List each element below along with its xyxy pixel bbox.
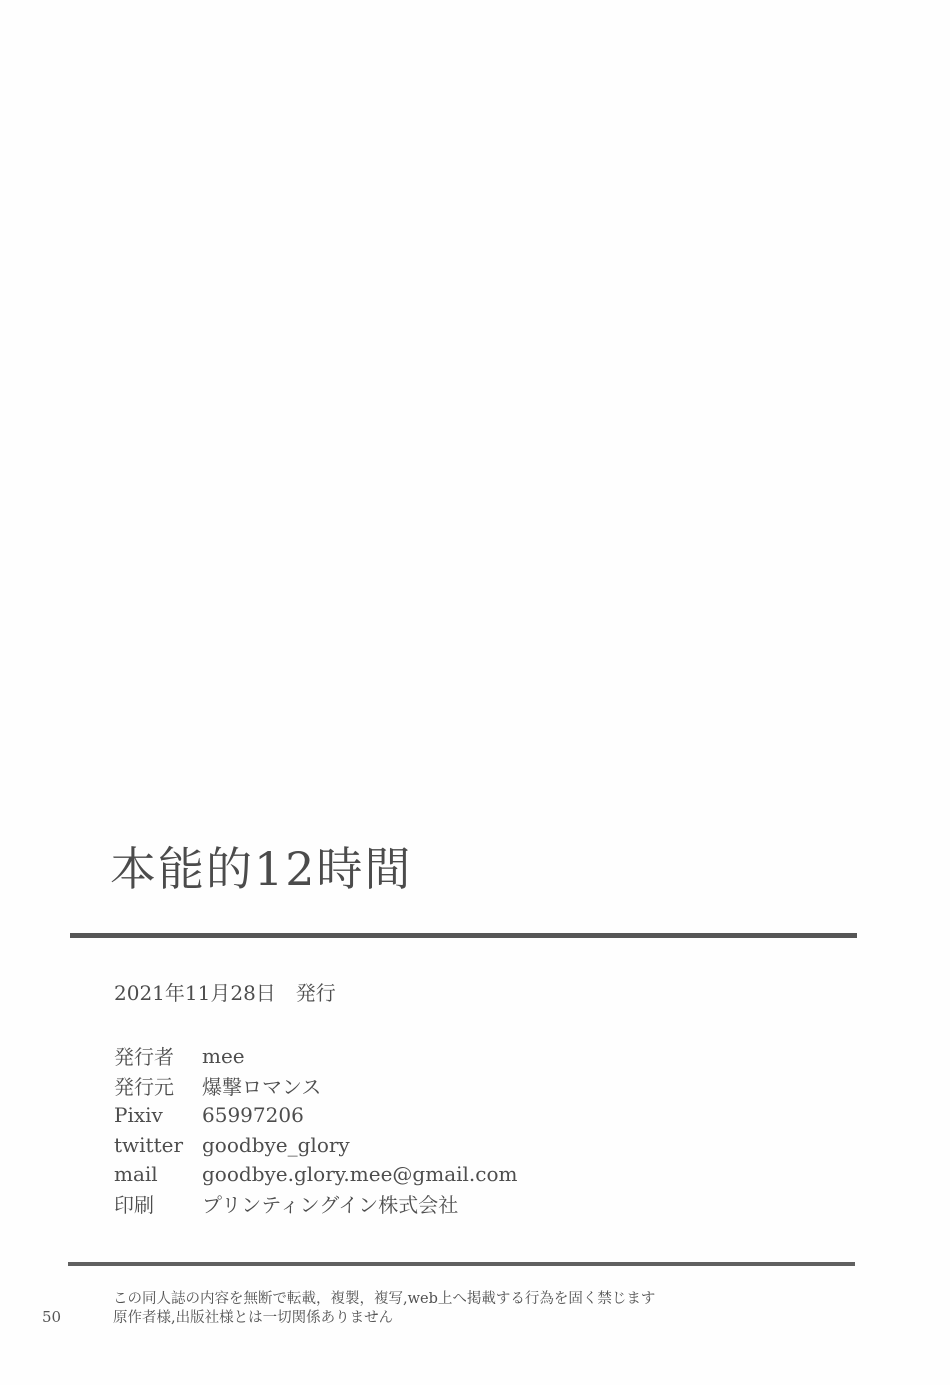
- colophon-row-mail: mail goodbye.glory.mee@gmail.com: [114, 1159, 517, 1189]
- colophon-key: mail: [114, 1162, 202, 1186]
- colophon-table: 発行者 mee 発行元 爆撃ロマンス Pixiv 65997206 twitte…: [114, 1041, 517, 1219]
- colophon-value: プリンティングイン株式会社: [202, 1189, 458, 1218]
- page-number: 50: [42, 1308, 61, 1326]
- colophon-row-pixiv: Pixiv 65997206: [114, 1100, 517, 1130]
- notice-line-1: この同人誌の内容を無断で転載，複製，複写,web上へ掲載する行為を固く禁じます: [113, 1290, 655, 1309]
- copyright-notice: この同人誌の内容を無断で転載，複製，複写,web上へ掲載する行為を固く禁じます …: [113, 1290, 655, 1328]
- colophon-key: 発行者: [114, 1041, 202, 1070]
- colophon-key: Pixiv: [114, 1103, 202, 1127]
- colophon-key: 印刷: [114, 1189, 202, 1218]
- colophon-row-publisher: 発行者 mee: [114, 1041, 517, 1071]
- notice-line-2: 原作者様,出版社様とは一切関係ありません: [113, 1309, 655, 1328]
- publication-date: 2021年11月28日 発行: [114, 983, 336, 1003]
- bottom-divider: [68, 1262, 855, 1266]
- colophon-value: mee: [202, 1044, 245, 1068]
- colophon-value: 爆撃ロマンス: [202, 1071, 321, 1100]
- colophon-value: goodbye.glory.mee@gmail.com: [202, 1162, 517, 1186]
- top-divider: [70, 933, 857, 938]
- colophon-row-twitter: twitter goodbye_glory: [114, 1130, 517, 1160]
- colophon-value: 65997206: [202, 1103, 304, 1127]
- colophon-row-printer: 印刷 プリンティングイン株式会社: [114, 1189, 517, 1219]
- colophon-key: 発行元: [114, 1071, 202, 1100]
- colophon-value: goodbye_glory: [202, 1133, 350, 1157]
- book-title: 本能的12時間: [110, 846, 413, 892]
- colophon-key: twitter: [114, 1133, 202, 1157]
- colophon-row-circle: 発行元 爆撃ロマンス: [114, 1071, 517, 1101]
